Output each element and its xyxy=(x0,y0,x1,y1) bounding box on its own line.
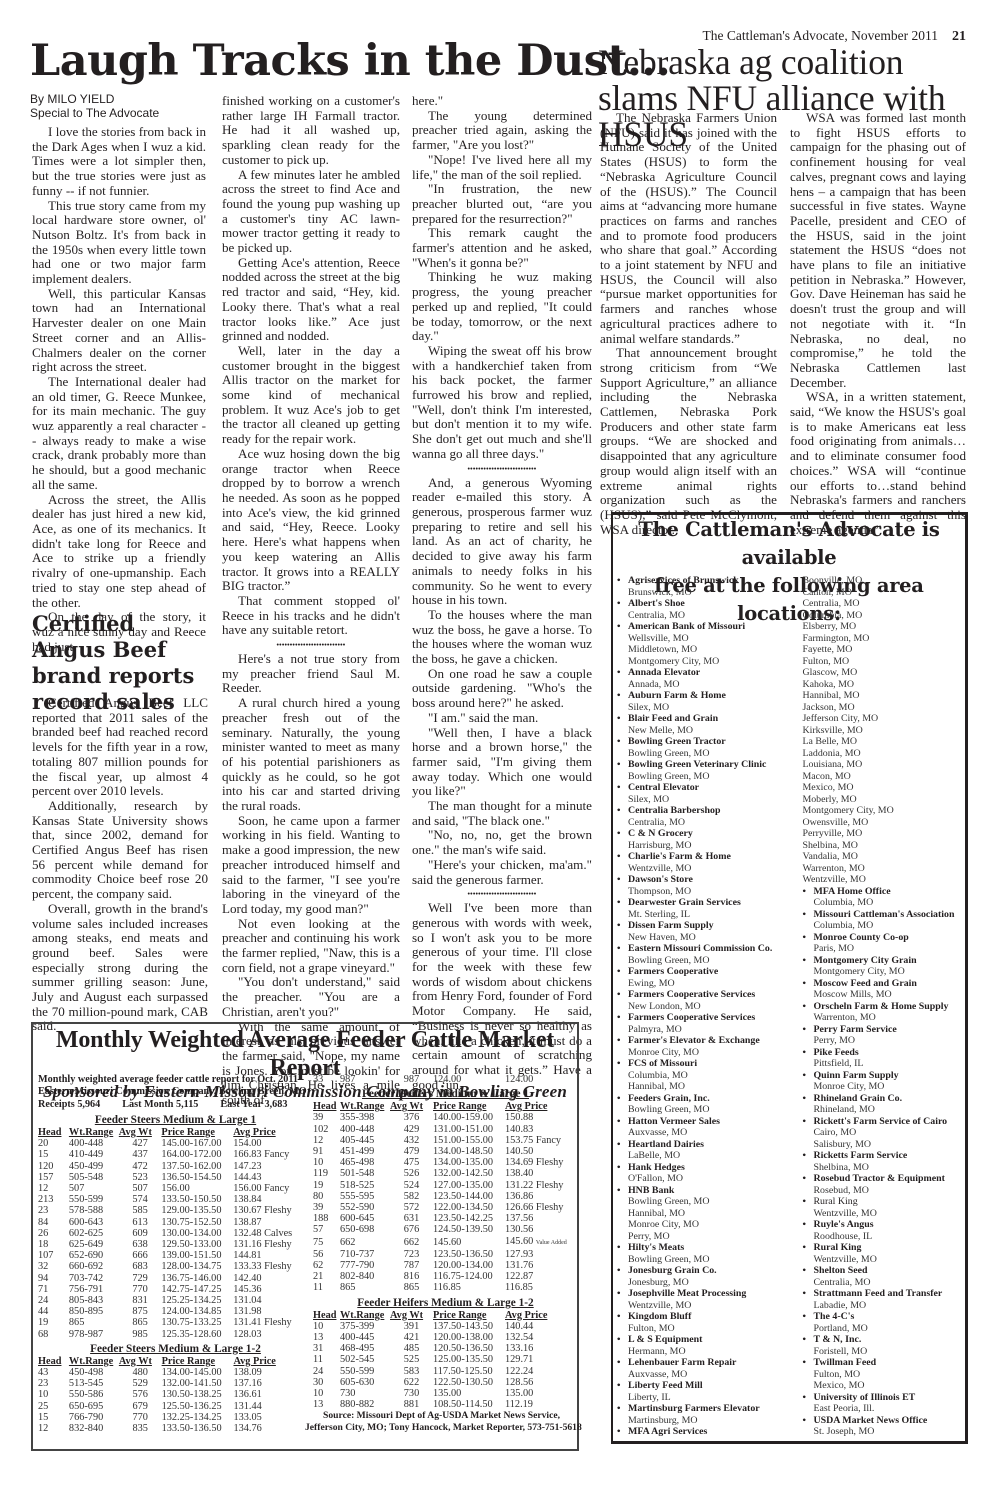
cell-value: 507 xyxy=(132,1183,147,1194)
table-cell: 26 xyxy=(38,1228,69,1239)
table-cell: 131.16 Fleshy xyxy=(233,1239,313,1250)
cell-value: 134.69 xyxy=(505,1157,533,1168)
cell-value: 124.00 xyxy=(505,1074,533,1085)
location-name: Martinsburg Farmers Elevator xyxy=(615,1403,800,1415)
table-cell: 134.69 Fleshy xyxy=(505,1157,577,1168)
location-city: Moscow Mills, MO xyxy=(800,989,965,1001)
table-cell: 127.00-135.00 xyxy=(433,1180,505,1191)
location-city: East Peoria, Ill. xyxy=(800,1403,965,1415)
table-cell: 133.33 Fleshy xyxy=(233,1261,313,1272)
location-city: Paris, MO xyxy=(800,943,965,955)
table-row: 102400-448429131.00-151.00140.83 xyxy=(313,1124,577,1135)
table-cell: 131.04 xyxy=(233,1295,313,1306)
location-entry: Dearwester Grain ServicesMt. Sterling, I… xyxy=(615,897,800,920)
cell-value: 125.00-135.50 xyxy=(433,1354,493,1365)
cell-value: 10 xyxy=(313,1157,323,1168)
table-cell: 150.88 xyxy=(505,1112,577,1123)
location-entry: Farmers Cooperative ServicesNew London, … xyxy=(615,989,800,1012)
cell-value: 44 xyxy=(38,1306,48,1317)
table-cell: 20 xyxy=(38,1138,69,1149)
table-cell: 137.16 xyxy=(233,1378,313,1389)
table-cell: 129.00-135.50 xyxy=(161,1205,233,1216)
cell-value: 116.85 xyxy=(505,1282,533,1293)
cell-value: 652-690 xyxy=(69,1250,103,1261)
table-cell: 676 xyxy=(390,1224,433,1235)
cell-value: 875 xyxy=(132,1306,147,1317)
column-header: Avg Price xyxy=(505,1310,577,1321)
table-cell: 134.00-135.00 xyxy=(433,1157,505,1168)
table-row: 43450-498480134.00-145.00138.09 xyxy=(38,1367,313,1378)
location-name: HNB Bank xyxy=(615,1185,800,1197)
cell-value: 479 xyxy=(404,1146,419,1157)
cell-value: 91 xyxy=(313,1146,323,1157)
location-city: Liberty, IL xyxy=(615,1392,800,1404)
cell-value: 145.00-167.00 xyxy=(161,1138,221,1149)
location-entry: Martinsburg Farmers ElevatorMartinsburg,… xyxy=(615,1403,800,1426)
table-cell: 427 xyxy=(119,1138,162,1149)
cell-value: 123.50-144.00 xyxy=(433,1191,493,1202)
table-row: 157505-548523136.50-154.50144.43 xyxy=(38,1172,313,1183)
table-cell: 131.98 xyxy=(233,1306,313,1317)
paragraph: "Well then, I have a black horse and a b… xyxy=(412,726,592,800)
location-name: Farmer's Elevator & Exchange xyxy=(615,1035,800,1047)
table-cell: 429 xyxy=(390,1124,433,1135)
table-row: 23578-588585129.00-135.50130.67 Fleshy xyxy=(38,1205,313,1216)
table-cell: 410-449 xyxy=(69,1149,119,1160)
cell-value: 145.60 xyxy=(433,1237,461,1248)
location-name: Farmers Cooperative Services xyxy=(615,1012,800,1024)
grade-note: Fleshy xyxy=(264,1317,291,1328)
cell-value: 427 xyxy=(132,1138,147,1149)
table-cell: 151.00-155.00 xyxy=(433,1135,505,1146)
table-cell: 770 xyxy=(119,1284,162,1295)
cell-value: 112.19 xyxy=(505,1399,533,1410)
table-cell: 123.50-136.50 xyxy=(433,1249,505,1260)
column-header: Price Range xyxy=(433,1101,505,1112)
location-city: Portland, MO xyxy=(800,1323,965,1335)
cell-value: 102 xyxy=(313,1124,328,1135)
location-city: Palmyra, MO xyxy=(615,1024,800,1036)
column-header: Avg Wt xyxy=(390,1310,433,1321)
paragraph: The International dealer had an old time… xyxy=(32,375,206,493)
cell-value: 729 xyxy=(132,1273,147,1284)
report-company: Eastern Missouri Commission Company, Bow… xyxy=(38,1086,313,1098)
table-cell: 131.41 Fleshy xyxy=(233,1317,313,1328)
table-cell: 524 xyxy=(390,1180,433,1191)
table-cell: 75 xyxy=(313,1236,340,1249)
table-cell: 33 xyxy=(313,1074,340,1085)
location-entry: Liberty Feed MillLiberty, IL xyxy=(615,1380,800,1403)
location-city: St. Joseph, MO xyxy=(800,1426,965,1438)
table-cell: 139.00-151.50 xyxy=(161,1250,233,1261)
table-cell: 475 xyxy=(390,1157,433,1168)
table-cell: 526 xyxy=(390,1168,433,1179)
cell-value: 987 xyxy=(340,1074,355,1085)
cell-value: 147.23 xyxy=(233,1161,261,1172)
table-cell: 137.56 xyxy=(505,1213,577,1224)
table-row: 25650-695679125.50-136.25131.44 xyxy=(38,1401,313,1412)
paragraph: Wiping the sweat off his brow with a han… xyxy=(412,344,592,462)
last-month: Last Month 5,115 xyxy=(122,1099,198,1111)
paragraph: "In frustration, the new preacher blurte… xyxy=(412,182,592,226)
table-cell: 865 xyxy=(340,1282,390,1293)
cell-value: 131.04 xyxy=(233,1295,261,1306)
paragraph: Additionally, research by Kansas State U… xyxy=(32,799,208,902)
location-city: Elsberry, MO xyxy=(800,621,965,633)
table-cell: 131.76 xyxy=(505,1260,577,1271)
paragraph: here." xyxy=(412,94,592,109)
cell-value: 116.85 xyxy=(433,1282,461,1293)
cell-value: 129.50-133.00 xyxy=(161,1239,221,1250)
cell-value: 19 xyxy=(313,1180,323,1191)
table-cell: 71 xyxy=(38,1284,69,1295)
grade-note: Fancy xyxy=(536,1135,561,1146)
table-row: 94703-742729136.75-146.00142.40 xyxy=(38,1273,313,1284)
table-cell: 652-690 xyxy=(69,1250,119,1261)
table-cell: 128.00-134.75 xyxy=(161,1261,233,1272)
location-entry: Orscheln Farm & Home SupplyWarrenton, MO xyxy=(800,1001,965,1024)
location-entry: Kingdom BluffFulton, MO xyxy=(615,1311,800,1334)
location-entry: L & S EquipmentHermann, MO xyxy=(615,1334,800,1357)
cell-value: 138.09 xyxy=(233,1367,261,1378)
cell-value: 117.50-125.50 xyxy=(433,1366,493,1377)
grade-note: Fleshy xyxy=(536,1180,563,1191)
table-cell: 523 xyxy=(119,1172,162,1183)
table-row: 91451-499479134.00-148.50140.50 xyxy=(313,1146,577,1157)
table-header-row: HeadWt.RangeAvg WtPrice RangeAvg Price xyxy=(313,1101,577,1112)
table-cell: 134.00-145.00 xyxy=(162,1367,234,1378)
paragraph: That comment stopped ol' Reece in his tr… xyxy=(222,594,400,638)
table-row: 107652-690666139.00-151.50144.81 xyxy=(38,1250,313,1261)
table-row: 10465-498475134.00-135.00134.69 Fleshy xyxy=(313,1157,577,1168)
table-cell: 188 xyxy=(313,1213,340,1224)
cell-value: 129.71 xyxy=(505,1354,533,1365)
cell-value: 526 xyxy=(404,1168,419,1179)
cell-value: 133.50-150.50 xyxy=(161,1194,221,1205)
nebraska-column-1: The Nebraska Farmers Union (NFU) said it… xyxy=(600,111,777,537)
cell-value: 139.00-151.50 xyxy=(161,1250,221,1261)
location-name: Montgomery City Grain xyxy=(800,955,965,967)
table-cell: 133.50-150.50 xyxy=(161,1194,233,1205)
table-row: 39552-590572122.00-134.50126.66 Fleshy xyxy=(313,1202,577,1213)
table-cell: 638 xyxy=(119,1239,162,1250)
table-cell: 145.60 Value Added xyxy=(505,1236,577,1249)
table-cell: 21 xyxy=(313,1271,340,1282)
column-header: Avg Wt xyxy=(119,1127,162,1138)
cell-value: 485 xyxy=(404,1343,419,1354)
table-cell: 91 xyxy=(313,1146,340,1157)
cell-value: 605-630 xyxy=(340,1377,374,1388)
column-header: Avg Price xyxy=(233,1127,313,1138)
table-row: 12405-445432151.00-155.00153.75 Fancy xyxy=(313,1135,577,1146)
cell-value: 400-445 xyxy=(340,1332,374,1343)
table-row: 188600-645631123.50-142.25137.56 xyxy=(313,1213,577,1224)
location-entry: Heartland DairiesLaBelle, MO xyxy=(615,1139,800,1162)
location-entry: USDA Market News OfficeSt. Joseph, MO xyxy=(800,1415,965,1438)
cell-value: 127.93 xyxy=(505,1249,533,1260)
location-name: Albert's Shoe xyxy=(615,598,800,610)
table-cell: 405-445 xyxy=(340,1135,390,1146)
cell-value: 865 xyxy=(340,1282,355,1293)
table-cell: 125.50-136.25 xyxy=(162,1401,234,1412)
cell-value: 679 xyxy=(133,1401,148,1412)
laugh-tracks-column-3: here."The young determined preacher trie… xyxy=(412,94,592,1092)
cell-value: 39 xyxy=(313,1112,323,1123)
location-entry: Hilty's MeatsBowling Green, MO xyxy=(615,1242,800,1265)
cell-value: 26 xyxy=(38,1228,48,1239)
table-row: 10550-586576130.50-138.25136.61 xyxy=(38,1389,313,1400)
table-cell: 11 xyxy=(313,1354,340,1365)
table-cell: 138.87 xyxy=(233,1217,313,1228)
location-city: Kahoka, MO xyxy=(800,679,965,691)
table-cell: 144.43 xyxy=(233,1172,313,1183)
cell-value: 126.66 xyxy=(505,1202,533,1213)
table-cell: 145.00-167.00 xyxy=(161,1138,233,1149)
location-city: Bowling Green, MO xyxy=(615,1254,800,1266)
table-cell: 23 xyxy=(38,1205,69,1216)
table-cell: 10 xyxy=(313,1388,340,1399)
location-entry: FCS of MissouriColumbia, MOHannibal, MO xyxy=(615,1058,800,1093)
cell-value: 130.50-138.25 xyxy=(162,1389,222,1400)
paragraph: Here's a not true story from my preacher… xyxy=(222,652,400,696)
cell-value: 145.60 xyxy=(505,1236,533,1247)
table-row: 44850-895875124.00-134.85131.98 xyxy=(38,1306,313,1317)
cell-value: 468-495 xyxy=(340,1343,374,1354)
location-name: Annada Elevator xyxy=(615,667,800,679)
table-cell: 375-399 xyxy=(340,1321,390,1332)
table-cell: 550-599 xyxy=(69,1194,119,1205)
market-table: HeadWt.RangeAvg WtPrice RangeAvg Price39… xyxy=(313,1101,577,1293)
paragraph: That announcement brought strong critici… xyxy=(600,346,777,537)
location-entry: Bowling Green TractorBowling Green, MO xyxy=(615,736,800,759)
location-city: Mt. Sterling, IL xyxy=(615,909,800,921)
cell-value: 131.22 xyxy=(505,1180,533,1191)
cell-value: 450-499 xyxy=(69,1161,103,1172)
location-name: The 4-C's xyxy=(800,1311,965,1323)
table-cell: 13 xyxy=(313,1399,340,1410)
table-cell: 625-649 xyxy=(69,1239,119,1250)
location-city: Silex, MO xyxy=(615,794,800,806)
location-name: Charlie's Farm & Home xyxy=(615,851,800,863)
location-name: Central Elevator xyxy=(615,782,800,794)
cell-value: 131.41 xyxy=(233,1317,261,1328)
table-row: 20400-448427145.00-167.00154.00 xyxy=(38,1138,313,1149)
cell-value: 140.50 xyxy=(505,1146,533,1157)
location-entry: Moscow Feed and GrainMoscow Mills, MO xyxy=(800,978,965,1001)
cell-value: 723 xyxy=(404,1249,419,1260)
grade-note: Calves xyxy=(264,1228,292,1239)
cell-value: 12 xyxy=(38,1423,48,1434)
location-city: Mexico, MO xyxy=(800,1380,965,1392)
cell-value: 213 xyxy=(38,1194,53,1205)
location-city: Louisiana, MO xyxy=(800,759,965,771)
location-entry: Lehenbauer Farm RepairAuxvasse, MO xyxy=(615,1357,800,1380)
table-row: 11865865116.85116.85 xyxy=(313,1282,577,1293)
table-cell: 683 xyxy=(119,1261,162,1272)
table-cell: 730 xyxy=(340,1388,390,1399)
table-header-row: HeadWt.RangeAvg WtPrice RangeAvg Price xyxy=(38,1127,313,1138)
market-report-source: Source: Missouri Dept of Ag-USDA Market … xyxy=(305,1410,578,1433)
table-cell: 124.50-139.50 xyxy=(433,1224,505,1235)
cell-value: 400-448 xyxy=(69,1138,103,1149)
table-cell: 124.00 xyxy=(505,1074,577,1085)
location-entry: HNB BankBowling Green, MOHannibal, MOMon… xyxy=(615,1185,800,1243)
location-city: LaBelle, MO xyxy=(615,1150,800,1162)
cell-value: 20 xyxy=(38,1138,48,1149)
table-cell: 465-498 xyxy=(340,1157,390,1168)
table-cell: 133.16 xyxy=(505,1343,577,1354)
cell-value: 710-737 xyxy=(340,1249,374,1260)
table-cell: 766-790 xyxy=(69,1412,119,1423)
table-header-row: HeadWt.RangeAvg WtPrice RangeAvg Price xyxy=(38,1356,313,1367)
table-cell: 140.44 xyxy=(505,1321,577,1332)
table-cell: 376 xyxy=(390,1112,433,1123)
cell-value: 129.00-135.50 xyxy=(161,1205,221,1216)
table-cell: 400-448 xyxy=(340,1124,390,1135)
market-table: HeadWt.RangeAvg WtPrice RangeAvg Price20… xyxy=(38,1127,313,1340)
location-entry: Hatton Vermeer SalesAuxvasse, MO xyxy=(615,1116,800,1139)
location-entry: Rural KingWentzville, MO xyxy=(800,1196,965,1219)
cell-value: 631 xyxy=(404,1213,419,1224)
location-city: New Haven, MO xyxy=(615,932,800,944)
location-city: Columbia, MO xyxy=(800,610,965,622)
cell-value: 501-548 xyxy=(340,1168,374,1179)
paragraph: Ace wuz hosing down the big orange tract… xyxy=(222,447,400,594)
paragraph: "Here's your chicken, ma'am." said the g… xyxy=(412,858,592,887)
table-cell: 985 xyxy=(119,1329,162,1340)
location-city: Moberly, MO xyxy=(800,794,965,806)
cell-value: 600-643 xyxy=(69,1217,103,1228)
cell-value: 125.25-134.25 xyxy=(161,1295,221,1306)
cell-value: 24 xyxy=(38,1295,48,1306)
table-cell: 662 xyxy=(340,1236,390,1249)
location-city: Hannibal, MO xyxy=(615,1208,800,1220)
table-row: 71756-791770142.75-147.25145.36 xyxy=(38,1284,313,1295)
location-city: Boonville, MO xyxy=(800,575,965,587)
table-cell: 130.75-133.25 xyxy=(161,1317,233,1328)
cell-value: 10 xyxy=(313,1388,323,1399)
location-city: Wentzville, MO xyxy=(615,1300,800,1312)
table-row: 24550-599583117.50-125.50122.24 xyxy=(313,1366,577,1377)
location-city: Thompson, MO xyxy=(615,886,800,898)
table-cell: 156.00 xyxy=(161,1183,233,1194)
cell-value: 128.00-134.75 xyxy=(161,1261,221,1272)
table-cell: 134.00-148.50 xyxy=(433,1146,505,1157)
cell-value: 43 xyxy=(38,1367,48,1378)
cell-value: 613 xyxy=(132,1217,147,1228)
cell-value: 602-625 xyxy=(69,1228,103,1239)
table-cell: 140.50 xyxy=(505,1146,577,1157)
column-header: Avg Wt xyxy=(390,1101,433,1112)
location-entry: Jonesburg Grain Co.Jonesburg, MO xyxy=(615,1265,800,1288)
table-cell: 650-698 xyxy=(340,1224,390,1235)
table-cell: 112.19 xyxy=(505,1399,577,1410)
cell-value: 39 xyxy=(313,1202,323,1213)
cell-value: 107 xyxy=(38,1250,53,1261)
cell-value: 472 xyxy=(132,1161,147,1172)
location-entry: MFA Home OfficeColumbia, MO xyxy=(800,886,965,909)
cell-value: 831 xyxy=(132,1295,147,1306)
table-row: 32660-692683128.00-134.75133.33 Fleshy xyxy=(38,1261,313,1272)
location-city: Salisbury, MO xyxy=(800,1139,965,1151)
location-name: FCS of Missouri xyxy=(615,1058,800,1070)
paragraph: The man thought for a minute and said, "… xyxy=(412,799,592,828)
cab-article-body: Certified Angus Beef LLC reported that 2… xyxy=(32,696,208,1034)
table-cell: 125.00-135.50 xyxy=(433,1354,505,1365)
paragraph: To the houses where the man wuz the boss… xyxy=(412,608,592,667)
cell-value: 131.00-151.00 xyxy=(433,1124,493,1135)
cell-value: 507 xyxy=(69,1183,84,1194)
paragraph: Certified Angus Beef LLC reported that 2… xyxy=(32,696,208,799)
table-cell: 513-545 xyxy=(69,1378,119,1389)
location-city: Fayette, MO xyxy=(800,644,965,656)
cell-value: 529 xyxy=(133,1378,148,1389)
location-city: Perry, MO xyxy=(800,1035,965,1047)
location-city: Montgomery City, MO xyxy=(615,656,800,668)
location-name: C & N Grocery xyxy=(615,828,800,840)
location-name: Bowling Green Veterinary Clinic xyxy=(615,759,800,771)
cell-value: 130.75-152.50 xyxy=(161,1217,221,1228)
cell-value: 132.00-141.50 xyxy=(162,1378,222,1389)
location-city: Bowling Green, MO xyxy=(615,771,800,783)
cell-value: 56 xyxy=(313,1249,323,1260)
cell-value: 770 xyxy=(133,1412,148,1423)
table-cell: 729 xyxy=(119,1273,162,1284)
table-cell: 10 xyxy=(313,1157,340,1168)
location-name: Perry Farm Service xyxy=(800,1024,965,1036)
cell-value: 583 xyxy=(404,1366,419,1377)
location-city: Bowling Green, MO xyxy=(615,1104,800,1116)
table-cell: 56 xyxy=(313,1249,340,1260)
table-cell: 117.50-125.50 xyxy=(433,1366,505,1377)
location-city: Roodhouse, IL xyxy=(800,1231,965,1243)
location-entry: Farmers Cooperative ServicesPalmyra, MO xyxy=(615,1012,800,1035)
paragraph: Across the street, the Allis dealer has … xyxy=(32,493,206,611)
cell-value: 71 xyxy=(38,1284,48,1295)
table-cell: 550-586 xyxy=(69,1389,119,1400)
table-cell: 127.93 xyxy=(505,1249,577,1260)
column-header: Price Range xyxy=(433,1310,505,1321)
location-name: Quinn Farm Supply xyxy=(800,1070,965,1082)
location-city: Macon, MO xyxy=(800,771,965,783)
table-cell: 138.84 xyxy=(233,1194,313,1205)
table-cell: 154.00 xyxy=(233,1138,313,1149)
last-year: Last Year 3,683 xyxy=(220,1099,287,1111)
table-cell: 120.00-138.00 xyxy=(433,1332,505,1343)
location-name: Jonesburg Grain Co. xyxy=(615,1265,800,1277)
grade-note: Value Added xyxy=(536,1240,567,1246)
cell-value: 400-448 xyxy=(340,1124,374,1135)
location-entry: Montgomery City GrainMontgomery City, MO xyxy=(800,955,965,978)
table-cell: 770 xyxy=(119,1412,162,1423)
table-row: 15766-790770132.25-134.25133.05 xyxy=(38,1412,313,1423)
table-cell: 123.50-142.25 xyxy=(433,1213,505,1224)
cell-value: 574 xyxy=(132,1194,147,1205)
column-header: Wt.Range xyxy=(340,1310,390,1321)
cell-value: 816 xyxy=(404,1271,419,1282)
cell-value: 650-698 xyxy=(340,1224,374,1235)
cell-value: 24 xyxy=(313,1366,323,1377)
cell-value: 123.50-142.25 xyxy=(433,1213,493,1224)
cell-value: 21 xyxy=(313,1271,323,1282)
table-cell: 622 xyxy=(390,1377,433,1388)
table-cell: 19 xyxy=(313,1180,340,1191)
location-city: La Belle, MO xyxy=(800,736,965,748)
table-row: 56710-737723123.50-136.50127.93 xyxy=(313,1249,577,1260)
table-cell: 450-499 xyxy=(69,1161,119,1172)
table-cell: 583 xyxy=(390,1366,433,1377)
table-row: 24805-843831125.25-134.25131.04 xyxy=(38,1295,313,1306)
